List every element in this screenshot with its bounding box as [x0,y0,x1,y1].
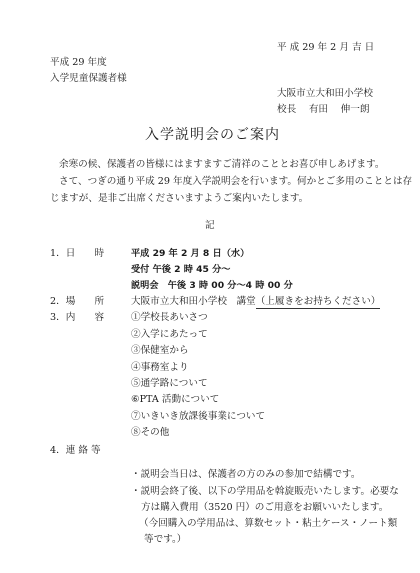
greeting-line: 余寒の候、保護者の皆様にはますますご清祥のこととお喜び申しあげます。 [59,160,384,170]
contact-note: 方は購入費用（3520 円）のご用意をお願いいたします。 [141,503,388,513]
contact-note: ・説明会当日は、保護者の方のみの参加で結構です。 [131,470,360,480]
recipient: 入学児童保護者様 [50,74,127,84]
place-value: 大阪市立大和田小学校 講堂（上履きをお持ちください） [131,297,380,307]
fiscal-year: 平成 29 年度 [50,58,107,68]
ki-heading: 記 [205,221,215,231]
content-item: ⑥PTA 活動について [131,395,219,405]
place-main: 大阪市立大和田小学校 講堂 [131,296,256,307]
item-datetime-label: 1．日 時 [50,249,104,259]
item-content-label: 3．内 容 [50,313,104,323]
reception-time: 受付 午後 2 時 45 分～ [131,265,230,274]
principal-name: 校長 有田 伸一朗 [277,105,369,115]
contact-note: 等です。） [144,535,186,545]
body-line-2: さて、つぎの通り平成 29 年度入学説明会を行います。何かとご多用のこととは存 [59,177,412,187]
content-item: ④事務室より [131,363,189,373]
content-item: ②入学にあたって [131,330,208,340]
item-contact-label: 4．連 絡 等 [50,446,101,456]
item-place-label: 2．場 所 [50,297,104,307]
contact-note: ・説明会終了後、以下の学用品を斡旋販売いたします。必要な [131,487,399,497]
document-title: 入学説明会のご案内 [145,128,280,142]
event-date: 平成 29 年 2 月 8 日（水） [131,249,249,258]
session-time: 説明会 午後 3 時 00 分～4 時 00 分 [131,281,293,290]
content-item: ③保健室から [131,346,189,356]
issue-date: 平 成 29 年 2 月 吉 日 [277,43,374,53]
content-item: ①学校長あいさつ [131,313,208,323]
place-note: （上履きをお持ちください） [256,296,381,309]
content-item: ⑧その他 [131,428,169,438]
school-name: 大阪市立大和田小学校 [277,89,373,99]
content-item: ⑤通学路について [131,379,208,389]
content-item: ⑦いきいき放課後事業について [131,412,265,422]
contact-note: （今回購入の学用品は、算数セット・粘土ケース・ノート類 [139,519,397,529]
body-line-3: じますが、是非ご出席くださいますようご案内いたします。 [50,194,308,204]
